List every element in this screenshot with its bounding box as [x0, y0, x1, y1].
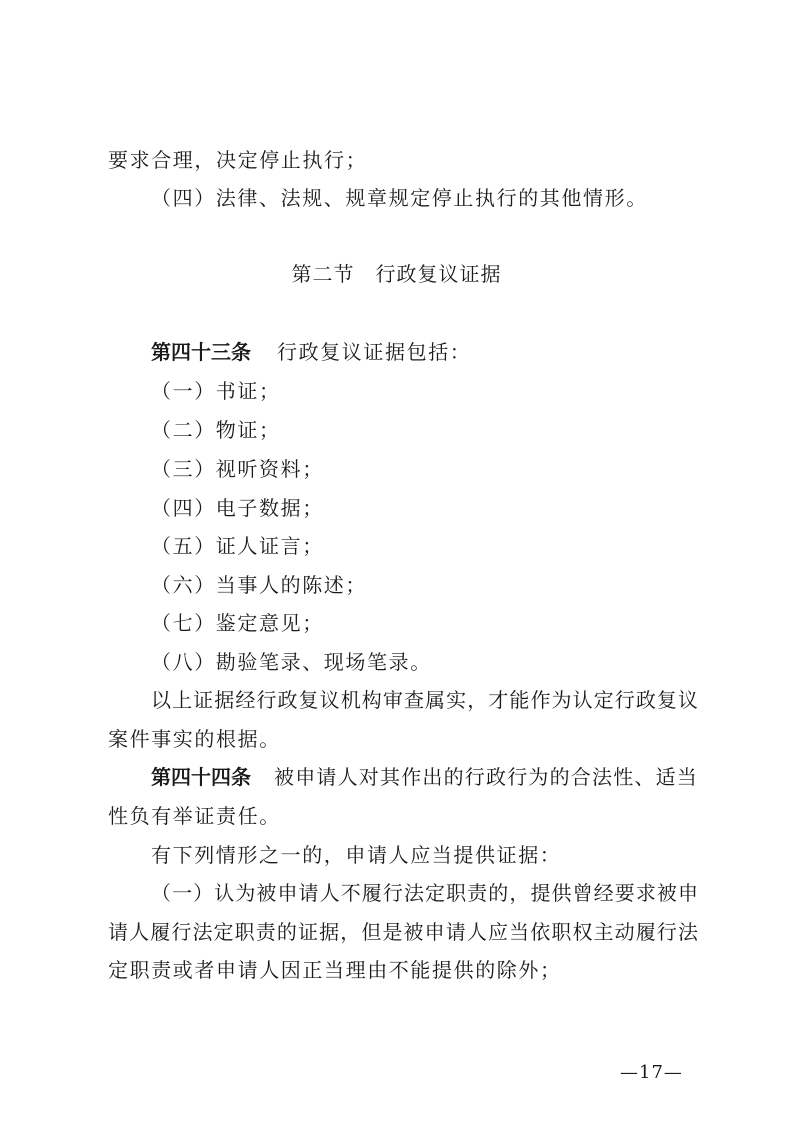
- evidence-item: （二）物证；: [151, 418, 741, 442]
- article-label: 第四十四条: [151, 765, 251, 789]
- article-label: 第四十三条: [151, 340, 251, 364]
- paragraph-line: （一）认为被申请人不履行法定职责的，提供曾经要求被申: [151, 881, 698, 905]
- text-line: 要求合理，决定停止执行；: [108, 148, 698, 172]
- section-heading: 第二节 行政复议证据: [0, 262, 793, 286]
- evidence-item: （五）证人证言；: [151, 534, 741, 558]
- evidence-item: （八）勘验笔录、现场笔录。: [151, 650, 741, 674]
- article-text: 行政复议证据包括：: [277, 340, 471, 364]
- evidence-item: （一）书证；: [151, 379, 741, 403]
- evidence-item: （四）电子数据；: [151, 496, 741, 520]
- article-text: 被申请人对其作出的行政行为的合法性、适当: [274, 765, 698, 789]
- evidence-item: （六）当事人的陈述；: [151, 573, 741, 597]
- evidence-item: （七）鉴定意见；: [151, 611, 741, 635]
- text-line: （四）法律、法规、规章规定停止执行的其他情形。: [151, 186, 741, 210]
- paragraph-line: 案件事实的根据。: [108, 727, 698, 751]
- paragraph-line: 以上证据经行政复议机构审查属实，才能作为认定行政复议: [151, 688, 698, 712]
- paragraph-line: 性负有举证责任。: [108, 804, 698, 828]
- article-43: 第四十三条行政复议证据包括：: [151, 340, 698, 364]
- paragraph-line: 请人履行法定职责的证据，但是被申请人应当依职权主动履行法: [108, 920, 698, 944]
- article-44: 第四十四条 被申请人对其作出的行政行为的合法性、适当: [151, 765, 698, 789]
- paragraph-line: 有下列情形之一的，申请人应当提供证据：: [151, 843, 698, 867]
- evidence-item: （三）视听资料；: [151, 457, 741, 481]
- page-number: —17—: [620, 1062, 683, 1083]
- paragraph-line: 定职责或者申请人因正当理由不能提供的除外；: [108, 958, 698, 982]
